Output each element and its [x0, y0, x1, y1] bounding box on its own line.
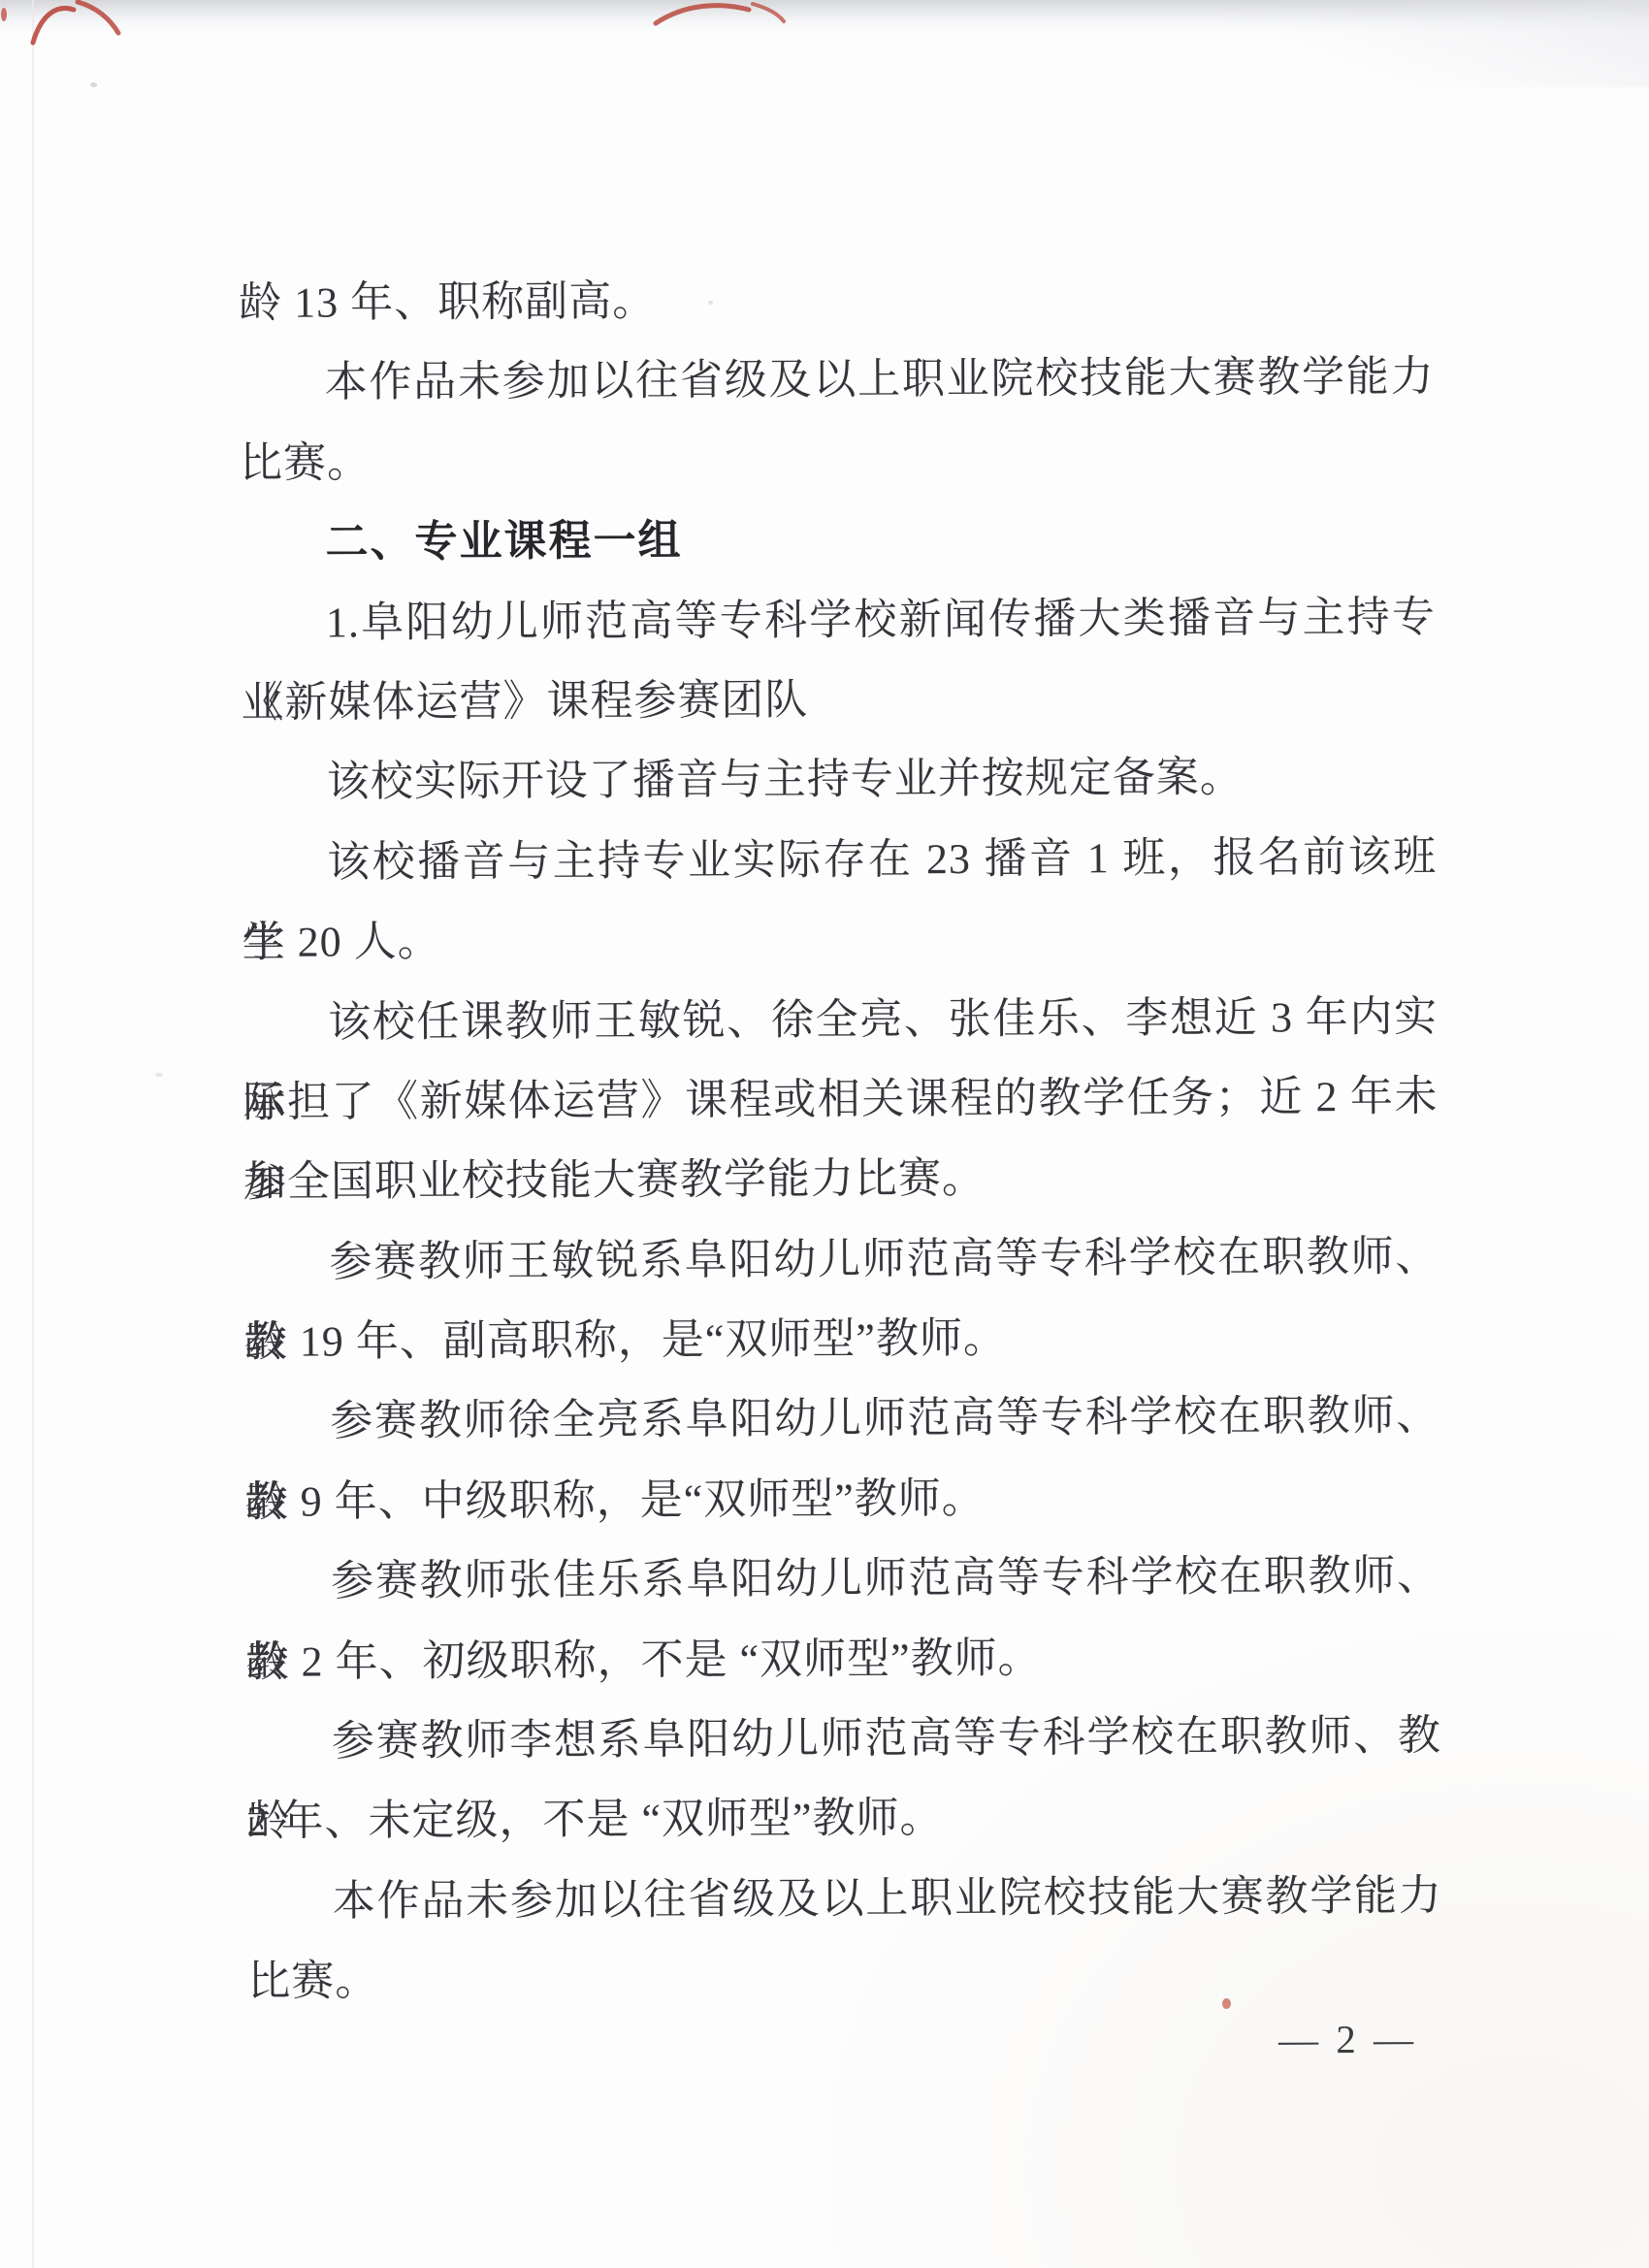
text-line: 生 20 人。 — [242, 897, 1437, 984]
section-heading: 二、专业课程一组 — [240, 498, 1435, 584]
text-line: 比赛。 — [240, 417, 1435, 503]
text-line: 《新媒体运营》课程参赛团队 — [241, 657, 1436, 743]
scan-speck — [90, 82, 97, 87]
red-pen-artifact-top-left — [27, 0, 124, 47]
text-line: 龄 2 年、初级职称，不是 “双师型”教师。 — [245, 1616, 1440, 1702]
text-line: 龄 19 年、副高职称，是“双师型”教师。 — [244, 1297, 1439, 1383]
text-line: 该校实际开设了播音与主持专业并按规定备案。 — [242, 737, 1437, 824]
text-line: 参赛教师张佳乐系阜阳幼儿师范高等专科学校在职教师、教 — [245, 1537, 1440, 1623]
text-line: 参赛教师王敏锐系阜阳幼儿师范高等专科学校在职教师、教 — [243, 1216, 1439, 1303]
text-line: 该校任课教师王敏锐、徐全亮、张佳乐、李想近 3 年内实际 — [242, 977, 1438, 1063]
paper-edge-line — [32, 0, 34, 2268]
scanned-document-page: 龄 13 年、职称副高。本作品未参加以往省级及以上职业院校技能大赛教学能力比赛。… — [0, 0, 1649, 2268]
text-line: 本作品未参加以往省级及以上职业院校技能大赛教学能力 — [247, 1856, 1442, 1942]
text-line: 1.阜阳幼儿师范高等专科学校新闻传播大类播音与主持专业 — [241, 577, 1436, 664]
red-speck-left-edge — [1, 8, 7, 21]
text-line: 本作品未参加以往省级及以上职业院校技能大赛教学能力 — [239, 338, 1434, 424]
text-line: 龄 9 年、中级职称，是“双师型”教师。 — [244, 1456, 1439, 1542]
text-line: 龄 13 年、职称副高。 — [239, 258, 1434, 344]
text-line: 参赛教师徐全亮系阜阳幼儿师范高等专科学校在职教师、教 — [244, 1377, 1439, 1463]
text-line: 该校播音与主持专业实际存在 23 播音 1 班，报名前该班学 — [242, 817, 1437, 903]
page-number: — 2 — — [1278, 2016, 1417, 2063]
text-line: 比赛。 — [247, 1936, 1442, 2023]
text-line: 2 年、未定级，不是 “双师型”教师。 — [246, 1776, 1441, 1863]
text-line: 参赛教师李想系阜阳幼儿师范高等专科学校在职教师、教龄 — [246, 1697, 1441, 1783]
document-lines: 龄 13 年、职称副高。本作品未参加以往省级及以上职业院校技能大赛教学能力比赛。… — [239, 258, 1442, 2023]
text-line: 加全国职业校技能大赛教学能力比赛。 — [243, 1137, 1439, 1223]
scan-edge-shading — [0, 0, 1649, 33]
text-line: 承担了《新媒体运营》课程或相关课程的教学任务；近 2 年未参 — [242, 1056, 1438, 1143]
red-pen-artifact-top-right — [652, 0, 788, 29]
scan-edge-shading-right — [1145, 0, 1649, 87]
scan-speck — [155, 1073, 163, 1077]
